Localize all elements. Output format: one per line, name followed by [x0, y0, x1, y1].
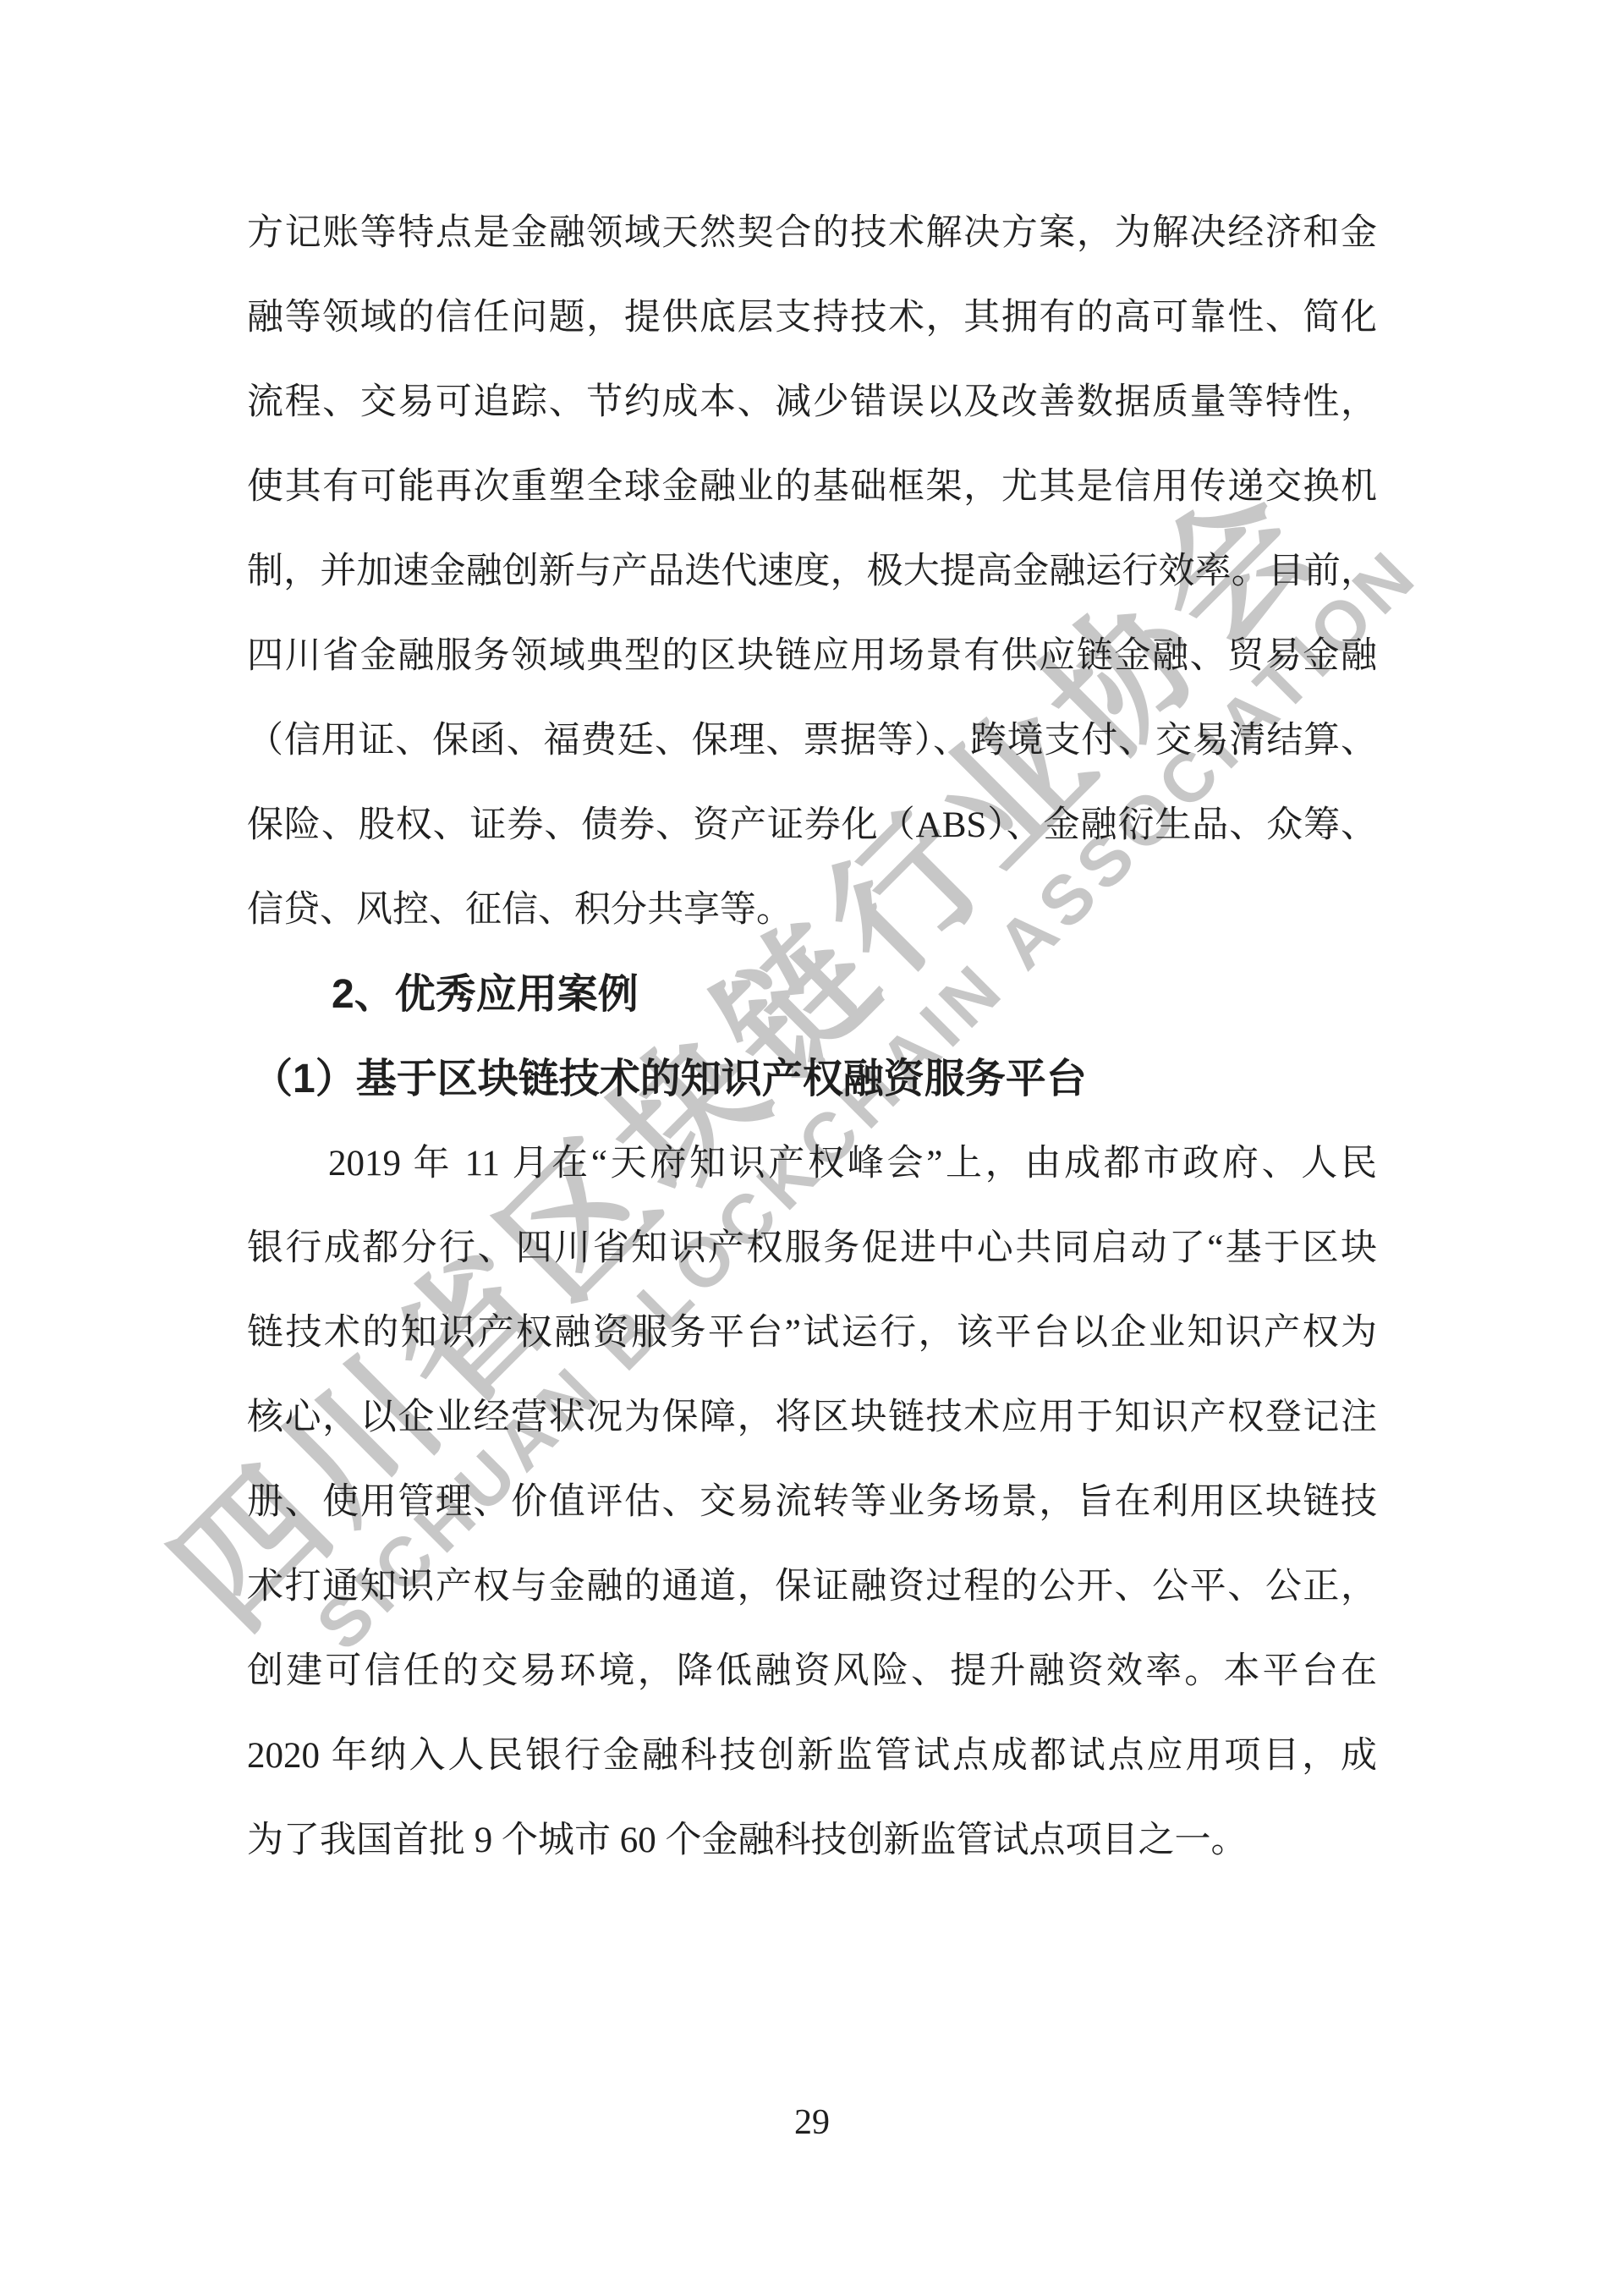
body-line: 信贷、风控、征信、积分共享等。 [247, 868, 1377, 953]
body-line: 术打通知识产权与金融的通道，保证融资过程的公开、公平、公正， [247, 1545, 1377, 1629]
body-line: 制，并加速金融创新与产品迭代速度，极大提高金融运行效率。目前， [247, 530, 1377, 614]
page-body: 方记账等特点是金融领域天然契合的技术解决方案，为解决经济和金 融等领域的信任问题… [247, 191, 1377, 1883]
body-line: 流程、交易可追踪、节约成本、减少错误以及改善数据质量等特性， [247, 360, 1377, 445]
body-line: 链技术的知识产权融资服务平台”试运行，该平台以企业知识产权为 [247, 1291, 1377, 1376]
body-line: 创建可信任的交易环境，降低融资风险、提升融资效率。本平台在 [247, 1629, 1377, 1714]
body-line: 融等领域的信任问题，提供底层支持技术，其拥有的高可靠性、简化 [247, 276, 1377, 360]
body-line: 保险、股权、证券、债券、资产证券化（ABS）、金融衍生品、众筹、 [247, 783, 1377, 868]
body-line: （信用证、保函、福费廷、保理、票据等）、跨境支付、交易清结算、 [247, 699, 1377, 783]
body-line: 核心，以企业经营状况为保障，将区块链技术应用于知识产权登记注 [247, 1376, 1377, 1460]
section-heading: 2、优秀应用案例 [247, 953, 1377, 1037]
body-line: 银行成都分行、四川省知识产权服务促进中心共同启动了“基于区块 [247, 1206, 1377, 1291]
page-number: 29 [247, 2101, 1377, 2144]
body-line: 册、使用管理、价值评估、交易流转等业务场景，旨在利用区块链技 [247, 1460, 1377, 1545]
case-subheading: （1）基于区块链技术的知识产权融资服务平台 [247, 1037, 1377, 1122]
body-line: 2019 年 11 月在“天府知识产权峰会”上，由成都市政府、人民 [247, 1122, 1377, 1206]
body-line: 为了我国首批 9 个城市 60 个金融科技创新监管试点项目之一。 [247, 1799, 1377, 1883]
body-line: 四川省金融服务领域典型的区块链应用场景有供应链金融、贸易金融 [247, 614, 1377, 699]
body-line: 方记账等特点是金融领域天然契合的技术解决方案，为解决经济和金 [247, 191, 1377, 276]
body-line: 2020 年纳入人民银行金融科技创新监管试点成都试点应用项目，成 [247, 1714, 1377, 1799]
body-line: 使其有可能再次重塑全球金融业的基础框架，尤其是信用传递交换机 [247, 445, 1377, 530]
document-page: 四川省区块链行业协会 SICHUAN BLOCKCHAIN ASSOCIATIO… [0, 0, 1624, 2296]
